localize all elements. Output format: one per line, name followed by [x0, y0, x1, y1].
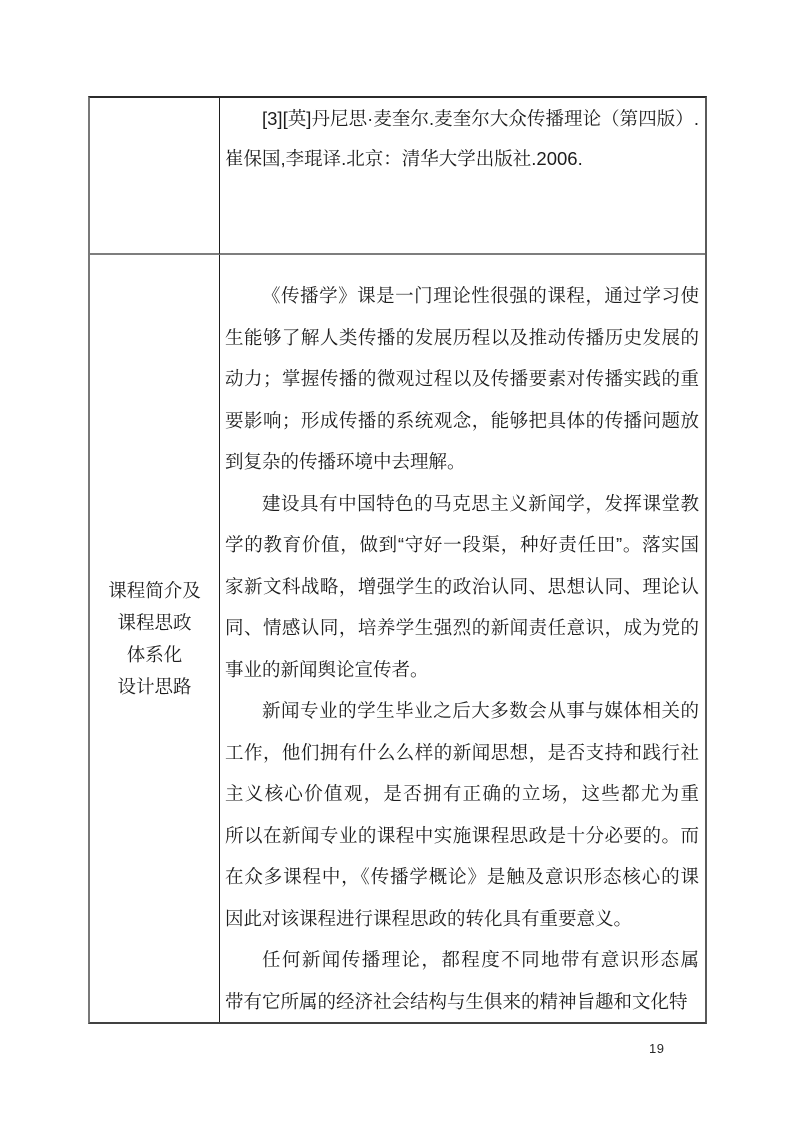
course-intro-cell: 《传播学》课是一门理论性很强的课程，通过学习使学生能够了解人类传播的发展历程以及… [220, 255, 705, 1022]
course-info-table: [3][英]丹尼思·麦奎尔.麦奎尔大众传播理论（第四版）.崔保国,李琨译.北京：… [88, 96, 707, 1024]
reference-cell: [3][英]丹尼思·麦奎尔.麦奎尔大众传播理论（第四版）.崔保国,李琨译.北京：… [220, 98, 705, 255]
reference-line: 崔保国,李琨译.北京：清华大学出版社.2006. [225, 139, 699, 179]
paragraph: 建设具有中国特色的马克思主义新闻学，发挥课堂教学的教育价值，做到“守好一段渠，种… [225, 483, 699, 691]
body-line: 同、情感认同，培养学生强烈的新闻责任意识，成为党的 [225, 607, 699, 649]
row-header-line: 课程简介及 [90, 575, 219, 607]
body-line: 新闻专业的学生毕业之后大多数会从事与媒体相关的 [225, 690, 699, 732]
row-header-line: 体系化 [90, 639, 219, 671]
row-header-line: 课程思政 [90, 607, 219, 639]
body-line: 生能够了解人类传播的发展历程以及推动传播历史发展的 [225, 317, 699, 359]
row-header-cell: 课程简介及课程思政体系化设计思路 [90, 255, 220, 1022]
body-line: 要影响；形成传播的系统观念，能够把具体的传播问题放 [225, 400, 699, 442]
reference-line: [3][英]丹尼思·麦奎尔.麦奎尔大众传播理论（第四版）. [225, 99, 699, 139]
table-cell-empty [90, 98, 220, 255]
body-line: 家新文科战略，增强学生的政治认同、思想认同、理论认 [225, 566, 699, 608]
paragraph: 《传播学》课是一门理论性很强的课程，通过学习使学生能够了解人类传播的发展历程以及… [225, 275, 699, 483]
document-page: [3][英]丹尼思·麦奎尔.麦奎尔大众传播理论（第四版）.崔保国,李琨译.北京：… [0, 0, 794, 1123]
reference-text-block: [3][英]丹尼思·麦奎尔.麦奎尔大众传播理论（第四版）.崔保国,李琨译.北京：… [220, 98, 705, 179]
page-number: 19 [649, 1041, 664, 1056]
paragraph: 新闻专业的学生毕业之后大多数会从事与媒体相关的工作，他们拥有什么么样的新闻思想，… [225, 690, 699, 939]
body-line: 主义核心价值观，是否拥有正确的立场，这些都尤为重要， [225, 773, 699, 815]
body-line: 在众多课程中，《传播学概论》是触及意识形态核心的课程， [225, 856, 699, 898]
body-line: 带有它所属的经济社会结构与生俱来的精神旨趣和文化特 [225, 981, 699, 1023]
body-line: 所以在新闻专业的课程中实施课程思政是十分必要的。而 [225, 815, 699, 857]
body-line: 动力；掌握传播的微观过程以及传播要素对传播实践的重 [225, 358, 699, 400]
row-header-line: 设计思路 [90, 671, 219, 703]
body-line: 工作，他们拥有什么么样的新闻思想，是否支持和践行社会 [225, 732, 699, 774]
body-line: 因此对该课程进行课程思政的转化具有重要意义。 [225, 898, 699, 940]
course-intro-text: 《传播学》课是一门理论性很强的课程，通过学习使学生能够了解人类传播的发展历程以及… [220, 255, 705, 1022]
body-line: 到复杂的传播环境中去理解。 [225, 441, 699, 483]
row-header-label: 课程简介及课程思政体系化设计思路 [90, 575, 219, 703]
body-line: 建设具有中国特色的马克思主义新闻学，发挥课堂教 [225, 483, 699, 525]
paragraph: 任何新闻传播理论，都程度不同地带有意识形态属性，带有它所属的经济社会结构与生俱来… [225, 939, 699, 1022]
body-line: 学的教育价值，做到“守好一段渠，种好责任田”。落实国 [225, 524, 699, 566]
body-line: 《传播学》课是一门理论性很强的课程，通过学习使学 [225, 275, 699, 317]
body-line: 事业的新闻舆论宣传者。 [225, 649, 699, 691]
body-line: 任何新闻传播理论，都程度不同地带有意识形态属性， [225, 939, 699, 981]
